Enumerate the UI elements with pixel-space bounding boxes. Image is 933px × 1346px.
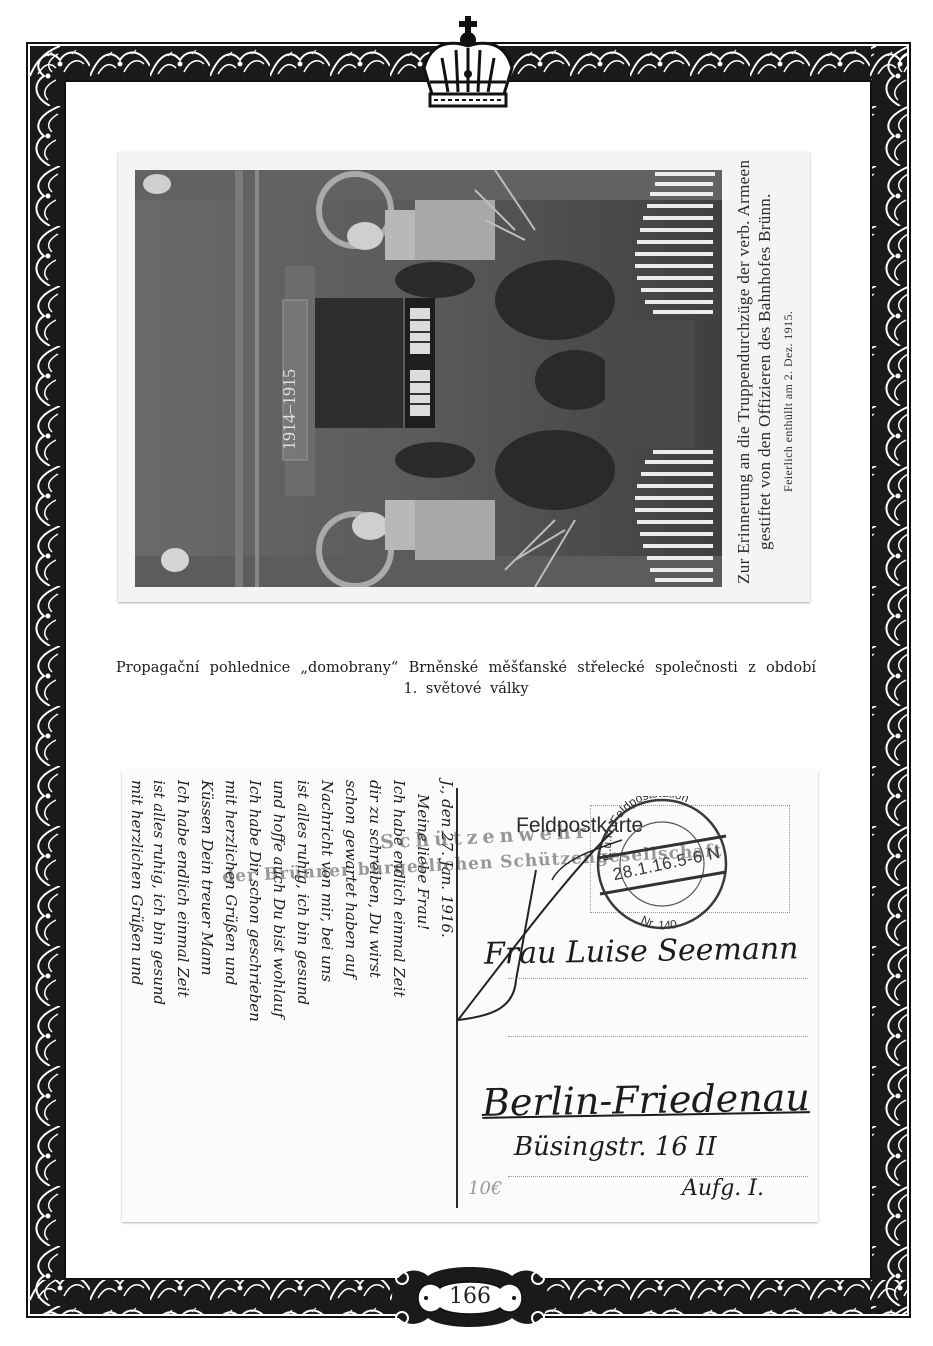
letter-line: ist alles ruhig, ich bin gesund — [294, 780, 312, 1005]
memorial-postcard: 1914–1915 — [118, 152, 810, 602]
crown-ornament-icon — [418, 12, 518, 116]
feldpost-postcard: J., den 27. Jan. 1916. Meine liebe Frau!… — [122, 770, 818, 1222]
address-line — [508, 978, 808, 979]
address-line — [508, 1036, 808, 1037]
letter-line: Ich habe Dir schon geschrieben — [246, 780, 264, 1022]
memorial-photo-image: 1914–1915 — [135, 170, 722, 587]
letter-line: Ich habe endlich einmal Zeit — [174, 780, 192, 997]
postmark-bottom-text: Nr. 140 — [639, 913, 679, 932]
recipient-name: Frau Luise Seemann — [484, 931, 799, 971]
photo-inscription: 1914–1915 — [279, 369, 299, 450]
caption-line-1: Zur Erinnerung an die Truppendurchzüge d… — [734, 160, 754, 584]
memorial-postcard-caption: Zur Erinnerung an die Truppendurchzüge d… — [724, 152, 810, 602]
letter-line: Ich habe endlich einmal Zeit — [390, 780, 408, 997]
page-number: 166 — [430, 1282, 510, 1312]
recipient-street: Büsingstr. 16 II — [514, 1132, 717, 1162]
letter-line: Küssen Dein treuer Mann — [198, 780, 216, 976]
figure-caption: Propagační pohlednice „domobrany“ Brněns… — [116, 658, 816, 700]
svg-text:Nr. 140: Nr. 140 — [639, 913, 679, 932]
pen-flourish — [452, 830, 632, 1030]
letter-line: mit herzlichen Grüßen und — [128, 780, 146, 985]
letter-line: ist alles ruhig, ich bin gesund — [150, 780, 168, 1005]
price-note: 10€ — [468, 1178, 502, 1199]
recipient-city: Berlin-Friedenau — [482, 1075, 811, 1125]
recipient-floor: Aufg. I. — [682, 1176, 764, 1201]
caption-line-3: Feierlich enthüllt am 2. Dez. 1915. — [781, 311, 796, 492]
memorial-photo: 1914–1915 — [135, 170, 722, 587]
letter-line: und hoffe auch Du bist wohlauf — [270, 780, 288, 1018]
caption-line-2: gestiftet von den Offizieren des Bahnhof… — [755, 193, 775, 550]
